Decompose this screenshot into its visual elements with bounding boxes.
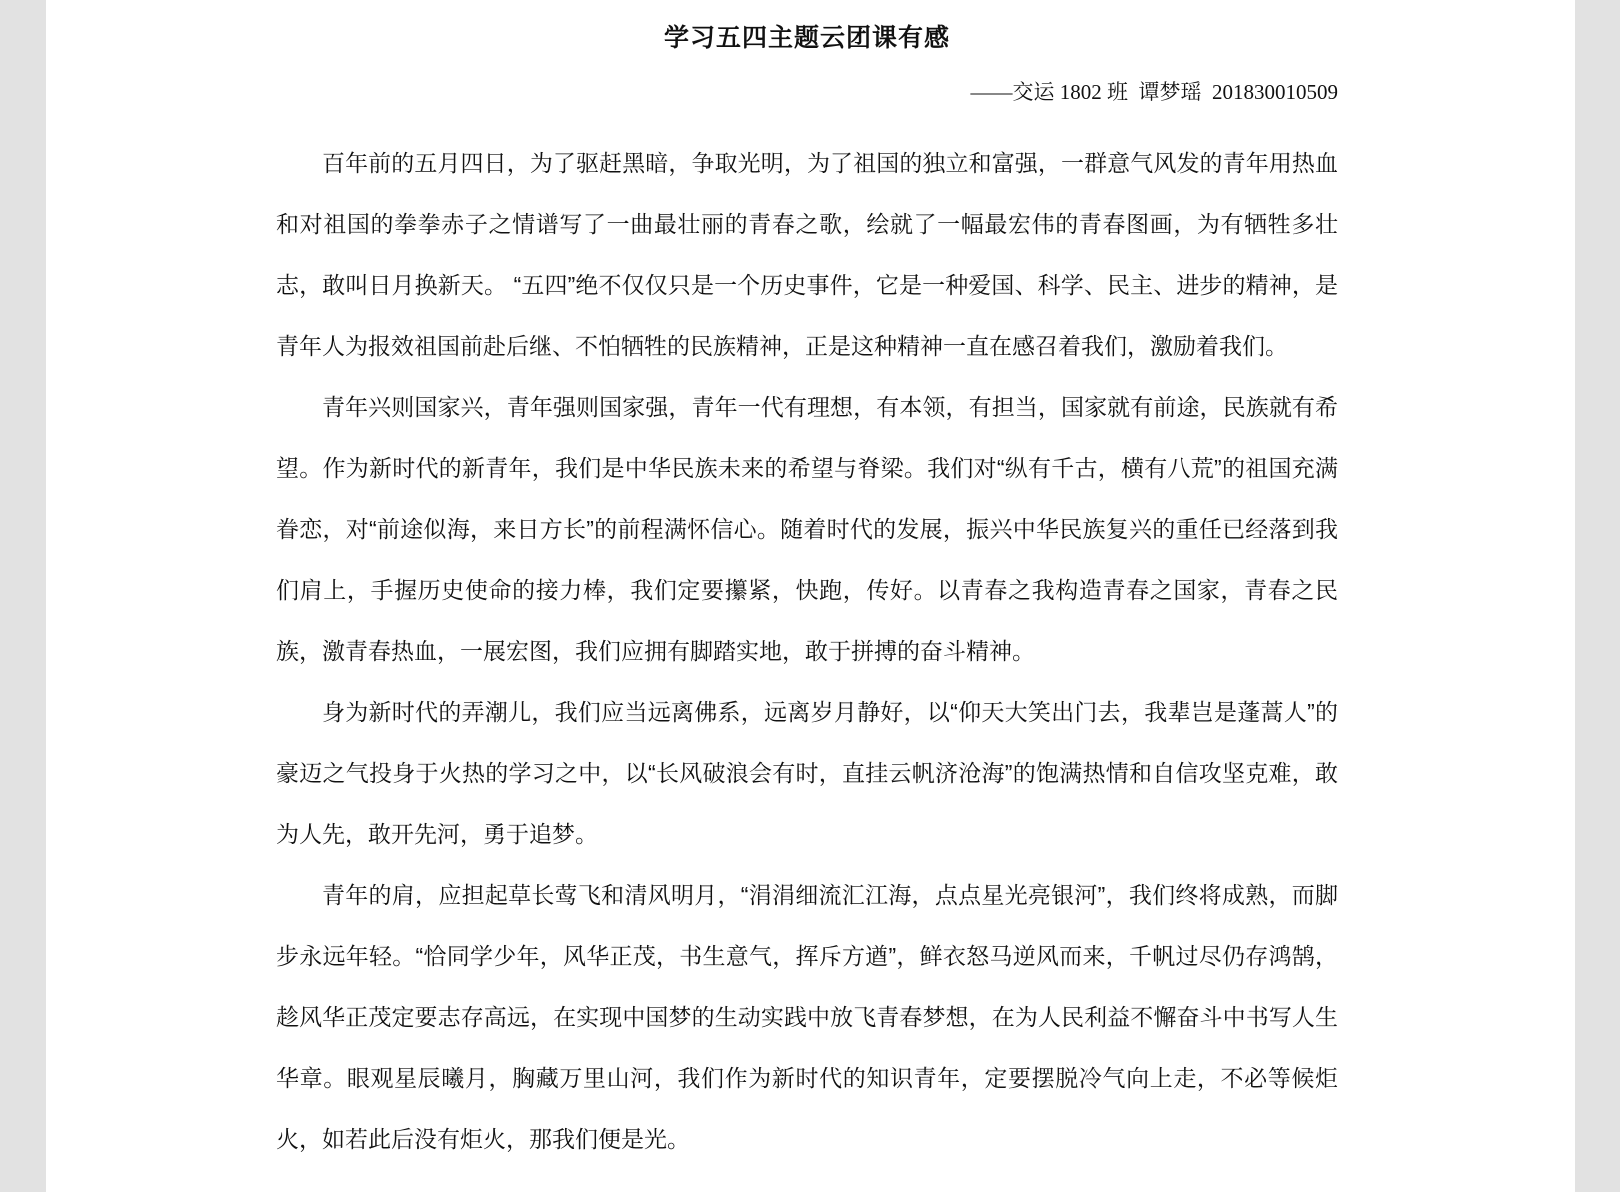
document-page: 学习五四主题云团课有感 ——交运 1802 班 谭梦瑶 201830010509… [46,0,1575,1192]
essay-byline: ——交运 1802 班 谭梦瑶 201830010509 [276,74,1338,110]
page-background: { "page": { "background_color": "#e2e2e2… [0,0,1620,1192]
essay-paragraph: 青年的肩，应担起草长莺飞和清风明月，“涓涓细流汇江海，点点星光亮银河”，我们终将… [276,865,1338,1170]
essay-title: 学习五四主题云团课有感 [276,20,1338,56]
essay-paragraph: 百年前的五月四日，为了驱赶黑暗，争取光明，为了祖国的独立和富强，一群意气风发的青… [276,133,1338,377]
essay-paragraph: 青年兴则国家兴，青年强则国家强，青年一代有理想，有本领，有担当，国家就有前途，民… [276,377,1338,682]
essay-paragraph: 身为新时代的弄潮儿，我们应当远离佛系，远离岁月静好，以“仰天大笑出门去，我辈岂是… [276,682,1338,865]
essay-body: 百年前的五月四日，为了驱赶黑暗，争取光明，为了祖国的独立和富强，一群意气风发的青… [276,133,1338,1170]
